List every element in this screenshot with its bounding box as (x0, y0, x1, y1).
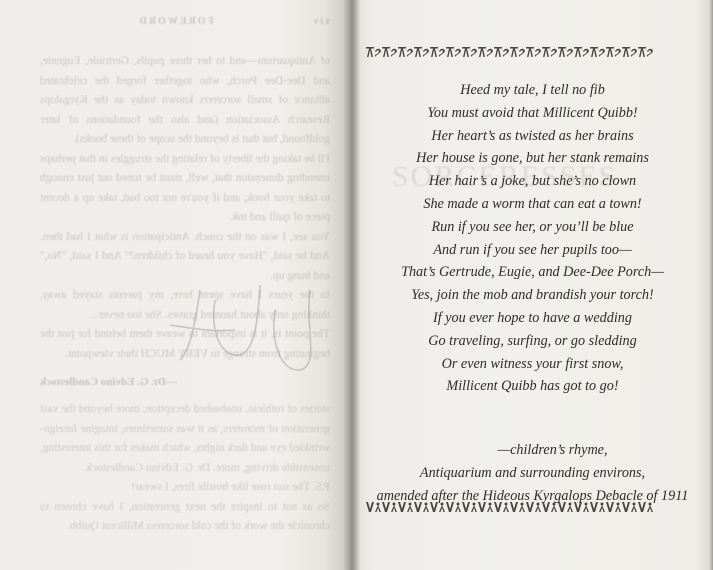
running-header-title: FOREWORD (40, 12, 311, 32)
running-header: xiv FOREWORD (40, 12, 330, 32)
paragraph: of Antiquarium—and to her three pupils, … (40, 52, 330, 150)
poem-line: Run if you see her, or you’ll be blue (352, 216, 713, 239)
poem-line: Her house is gone, but her stank remains (352, 147, 713, 170)
decorative-border-top-icon (366, 45, 659, 59)
attribution-line: —children’s rhyme, (352, 439, 713, 462)
poem-line: Millicent Quibb has got to go! (352, 375, 713, 398)
poem-line: That’s Gertrude, Eugie, and Dee-Dee Porc… (352, 261, 713, 284)
poem-line: And run if you see her pupils too— (352, 239, 713, 262)
poem-attribution: —children’s rhyme, Antiquarium and surro… (352, 439, 713, 507)
poem-line: Heed my tale, I tell no fib (352, 79, 713, 102)
foreword-attribution: —Dr. G. Edvino Candlestock (40, 376, 330, 388)
poem-line: Her hair’s a joke, but she’s no clown (352, 170, 713, 193)
foreword-trailing: stories of ruthless, unabashed deception… (40, 400, 330, 537)
page-number: xiv (311, 12, 330, 32)
poem-line: Her heart’s as twisted as her brains (352, 125, 713, 148)
attribution-line: Antiquarium and surrounding environs, (352, 462, 713, 485)
poem-line: You must avoid that Millicent Quibb! (352, 102, 713, 125)
signature-icon (150, 270, 330, 380)
poem-line: If you ever hope to have a wedding (352, 307, 713, 330)
right-page: SORCERESSES Heed my tale, I tell no fib … (352, 0, 713, 570)
paragraph: So as not to inspire the next generation… (40, 498, 330, 537)
book-spread: xiv FOREWORD of Antiquarium—and to her t… (0, 0, 713, 570)
poem-line: Or even witness your first snow, (352, 353, 713, 376)
poem: Heed my tale, I tell no fib You must avo… (352, 79, 713, 398)
decorative-border-bottom-icon (366, 500, 659, 514)
poem-line: Yes, join the mob and brandish your torc… (352, 284, 713, 307)
left-page: xiv FOREWORD of Antiquarium—and to her t… (0, 0, 352, 570)
poem-line: Go traveling, surfing, or go sledding (352, 330, 713, 353)
paragraph: I'll be taking the liberty of relating t… (40, 150, 330, 228)
paragraph: P.S. The sun rose like hostile fires, I … (40, 478, 330, 498)
poem-line: She made a worm that can eat a town! (352, 193, 713, 216)
paragraph: stories of ruthless, unabashed deception… (40, 400, 330, 478)
